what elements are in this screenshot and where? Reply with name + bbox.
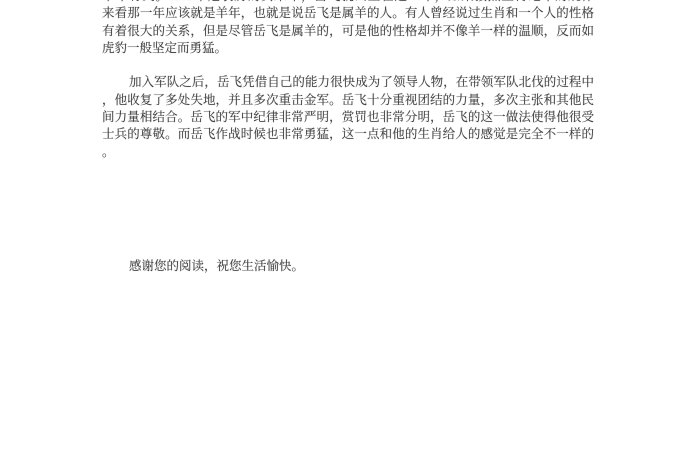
paragraph2-line5-period: 。 xyxy=(102,144,594,161)
paragraph2-line2: ，他收复了多处失地，并且多次重击金军。岳飞十分重视团结的力量，多次主张和其他民 xyxy=(102,92,594,109)
paragraph1-line3: 有着很大的关系，但是尽管岳飞是属羊的，可是他的性格却并不像羊一样的温顺，反而如 xyxy=(102,23,594,40)
paragraph2-line4: 士兵的尊敬。而岳飞作战时候也非常勇猛，这一点和他的生肖给人的感觉是完全不一样的 xyxy=(102,126,594,143)
article-text-block: 羊年有关。1103年是农历的癸未年，岳飞就出生在这一年，如果按照生肖纪年的规律 … xyxy=(102,0,594,161)
paragraph-gap xyxy=(102,57,594,74)
paragraph1-line2: 来看那一年应该就是羊年，也就是说岳飞是属羊的人。有人曾经说过生肖和一个人的性格 xyxy=(102,5,594,22)
closing-line: 感谢您的阅读，祝您生活愉快。 xyxy=(129,258,304,275)
paragraph2-line3: 间力量相结合。岳飞的军中纪律非常严明，赏罚也非常分明，岳飞的这一做法使得他很受 xyxy=(102,109,594,126)
paragraph2-line1: 加入军队之后，岳飞凭借自己的能力很快成为了领导人物，在带领军队北伐的过程中 xyxy=(102,74,594,91)
paragraph1-line4: 虎豹一般坚定而勇猛。 xyxy=(102,40,594,57)
document-page: 羊年有关。1103年是农历的癸未年，岳飞就出生在这一年，如果按照生肖纪年的规律 … xyxy=(0,0,700,470)
